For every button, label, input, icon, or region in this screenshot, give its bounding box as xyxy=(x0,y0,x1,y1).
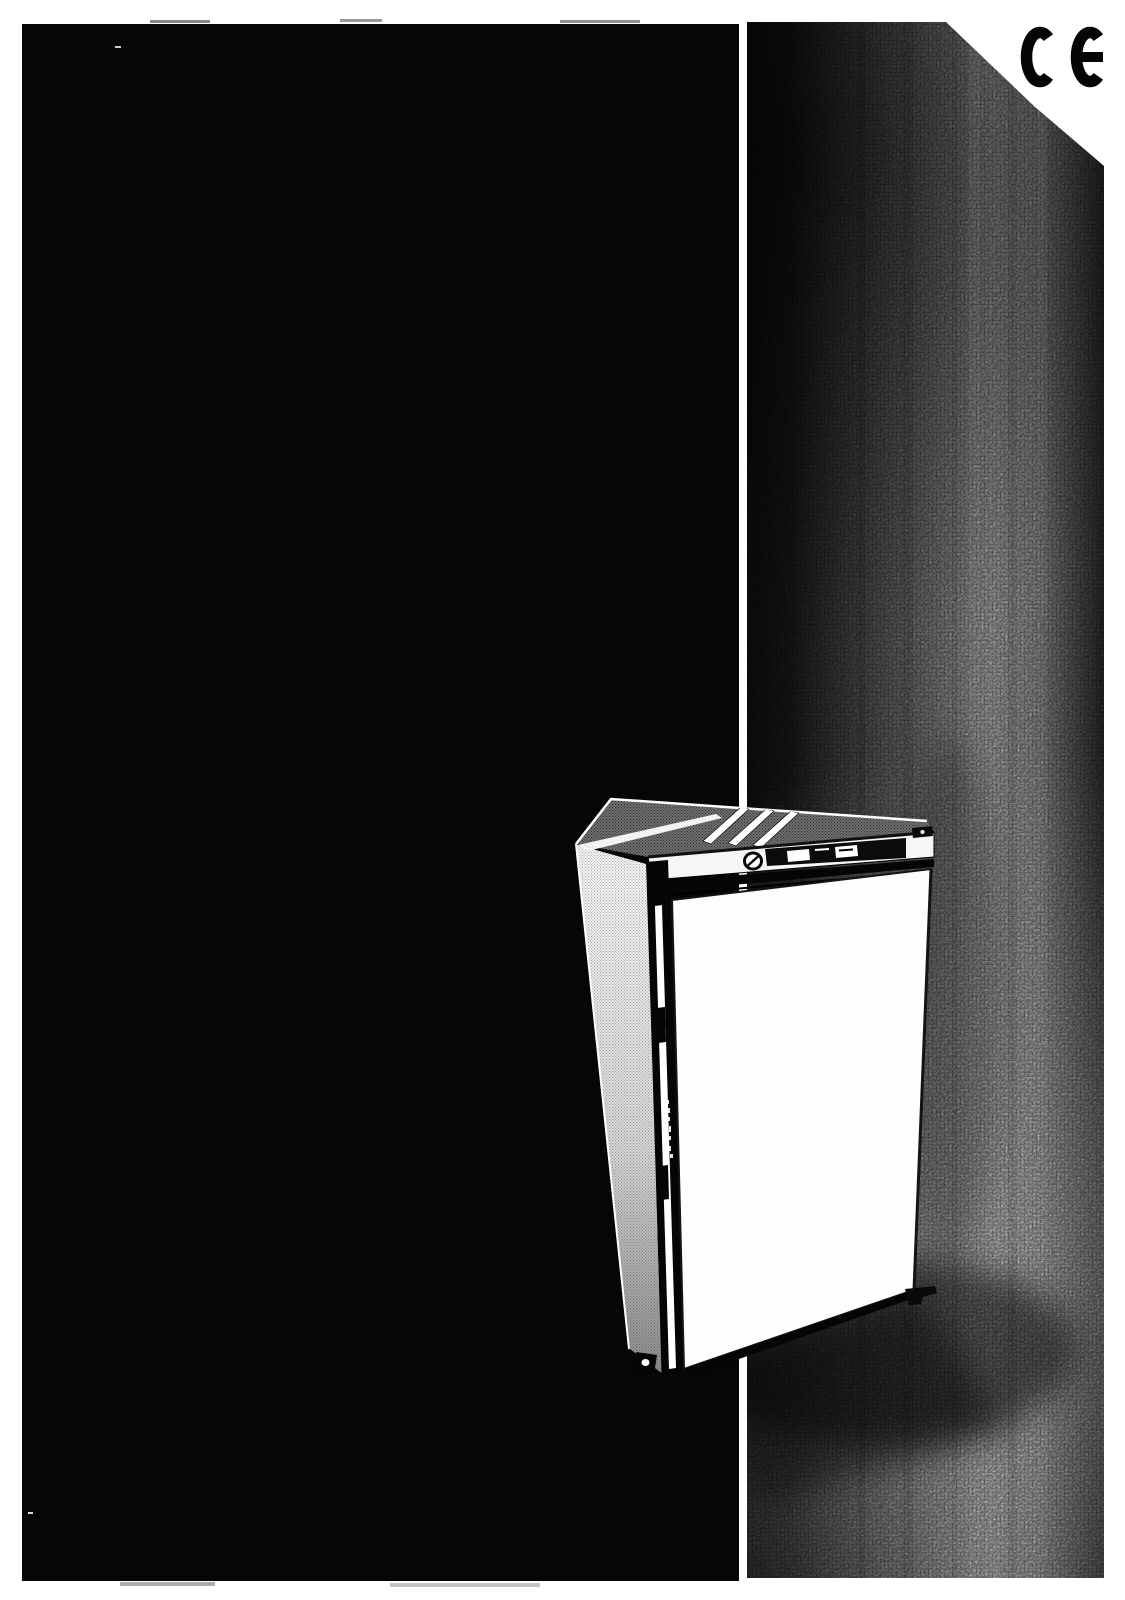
switch-marking xyxy=(839,850,853,851)
scan-speck xyxy=(28,1512,33,1514)
cover-artwork xyxy=(0,0,1125,1600)
hinge-pin xyxy=(921,830,925,834)
selector-switch xyxy=(835,845,858,858)
fridge-door xyxy=(672,869,931,1377)
scan-smudge xyxy=(120,1582,215,1586)
scan-smudge xyxy=(390,1583,540,1587)
scan-speck xyxy=(150,20,210,23)
scan-speck xyxy=(115,46,121,48)
scan-speck xyxy=(340,19,382,22)
caster-wheel xyxy=(642,1359,650,1366)
scan-speck xyxy=(560,20,640,23)
page xyxy=(0,0,1125,1600)
selector-switch xyxy=(787,849,810,862)
fridge-foot-left xyxy=(636,1352,657,1374)
ce-mark-icon xyxy=(1026,32,1103,81)
panel-marking xyxy=(815,849,829,850)
